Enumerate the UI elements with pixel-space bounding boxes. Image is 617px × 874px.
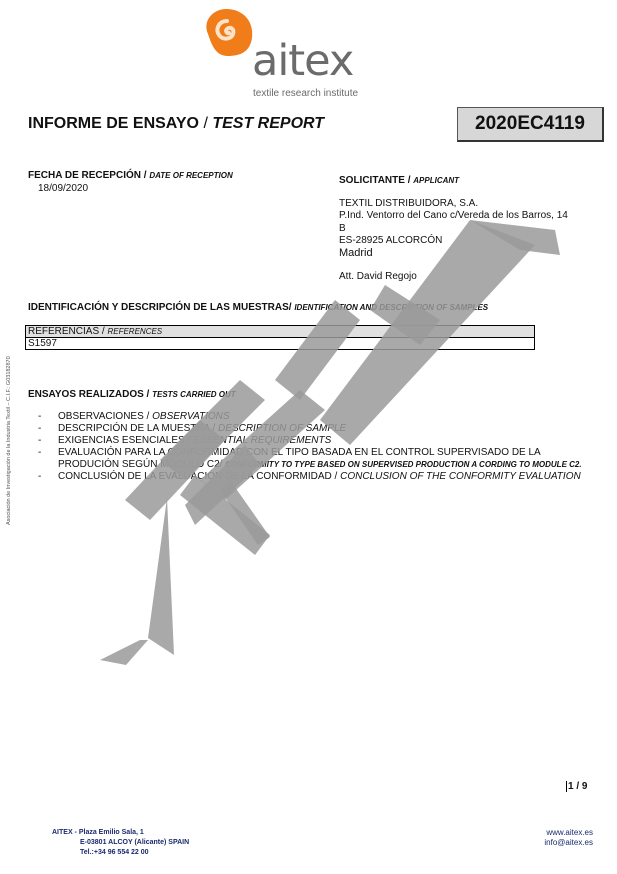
applicant-street-cont: B [339, 223, 568, 235]
footer-address-line1: AITEX - Plaza Emilio Sala, 1 [52, 828, 189, 838]
logo-wordmark: aitex [252, 40, 353, 83]
applicant-street: P.Ind. Ventorro del Cano c/Vereda de los… [339, 210, 568, 222]
page-title: INFORME DE ENSAYO / TEST REPORT [28, 115, 324, 133]
applicant-company: TEXTIL DISTRIBUIDORA, S.A. [339, 198, 568, 210]
title-es: INFORME DE ENSAYO [28, 115, 199, 132]
applicant-address: TEXTIL DISTRIBUIDORA, S.A. P.Ind. Ventor… [339, 198, 568, 259]
aitex-spiral-logo-icon [200, 6, 256, 58]
footer-address: AITEX - Plaza Emilio Sala, 1 E-03801 ALC… [52, 828, 189, 858]
applicant-label: SOLICITANTE / APPLICANT [339, 175, 459, 186]
references-header: REFERENCIAS / REFERENCES [26, 326, 535, 338]
footer-address-line2: E-03801 ALCOY (Alicante) SPAIN [52, 838, 189, 848]
table-row: S1597 [26, 338, 535, 350]
footer-phone: Tel.:+34 96 554 22 00 [52, 848, 189, 858]
report-id-box: 2020EC4119 [457, 107, 604, 142]
list-item: -DESCRIPCIÓN DE LA MUESTRA / DESCRIPTION… [38, 423, 617, 435]
list-item: -EVALUACIÓN PARA LA CONFORMIDAD CON EL T… [38, 447, 617, 471]
reception-date-label: FECHA DE RECEPCIÓN / DATE OF RECEPTION [28, 170, 233, 181]
list-item: -CONCLUSIÓN DE LA EVALUACIÓN DE LA CONFO… [38, 471, 617, 483]
page-number: 1 / 9 [566, 781, 587, 792]
applicant-postal: ES-28925 ALCORCÓN [339, 235, 568, 247]
list-item: -EXIGENCIAS ESENCIALES / ESSENTIAL REQUI… [38, 435, 617, 447]
references-table: REFERENCIAS / REFERENCES S1597 [25, 325, 535, 350]
identification-label: IDENTIFICACIÓN Y DESCRIPCIÓN DE LAS MUES… [28, 302, 488, 313]
tests-label: ENSAYOS REALIZADOS / TESTS CARRIED OUT [28, 389, 236, 400]
title-en: TEST REPORT [212, 115, 324, 132]
table-header-row: REFERENCIAS / REFERENCES [26, 326, 535, 338]
applicant-province: Madrid [339, 247, 568, 259]
applicant-attention: Att. David Regojo [339, 271, 417, 282]
footer-email-link[interactable]: info@aitex.es [540, 838, 593, 848]
logo-tagline: textile research institute [253, 88, 358, 99]
list-item: -OBSERVACIONES / OBSERVATIONS [38, 411, 617, 423]
footer-website-link[interactable]: www.aitex.es [540, 828, 593, 838]
reception-date-value: 18/09/2020 [38, 183, 88, 194]
reference-cell: S1597 [26, 338, 535, 350]
side-legal-note: Asociación de Investigación de la Indust… [6, 356, 12, 525]
tests-list: -OBSERVACIONES / OBSERVATIONS -DESCRIPCI… [38, 411, 617, 483]
footer-contact: www.aitex.es info@aitex.es [540, 828, 593, 848]
